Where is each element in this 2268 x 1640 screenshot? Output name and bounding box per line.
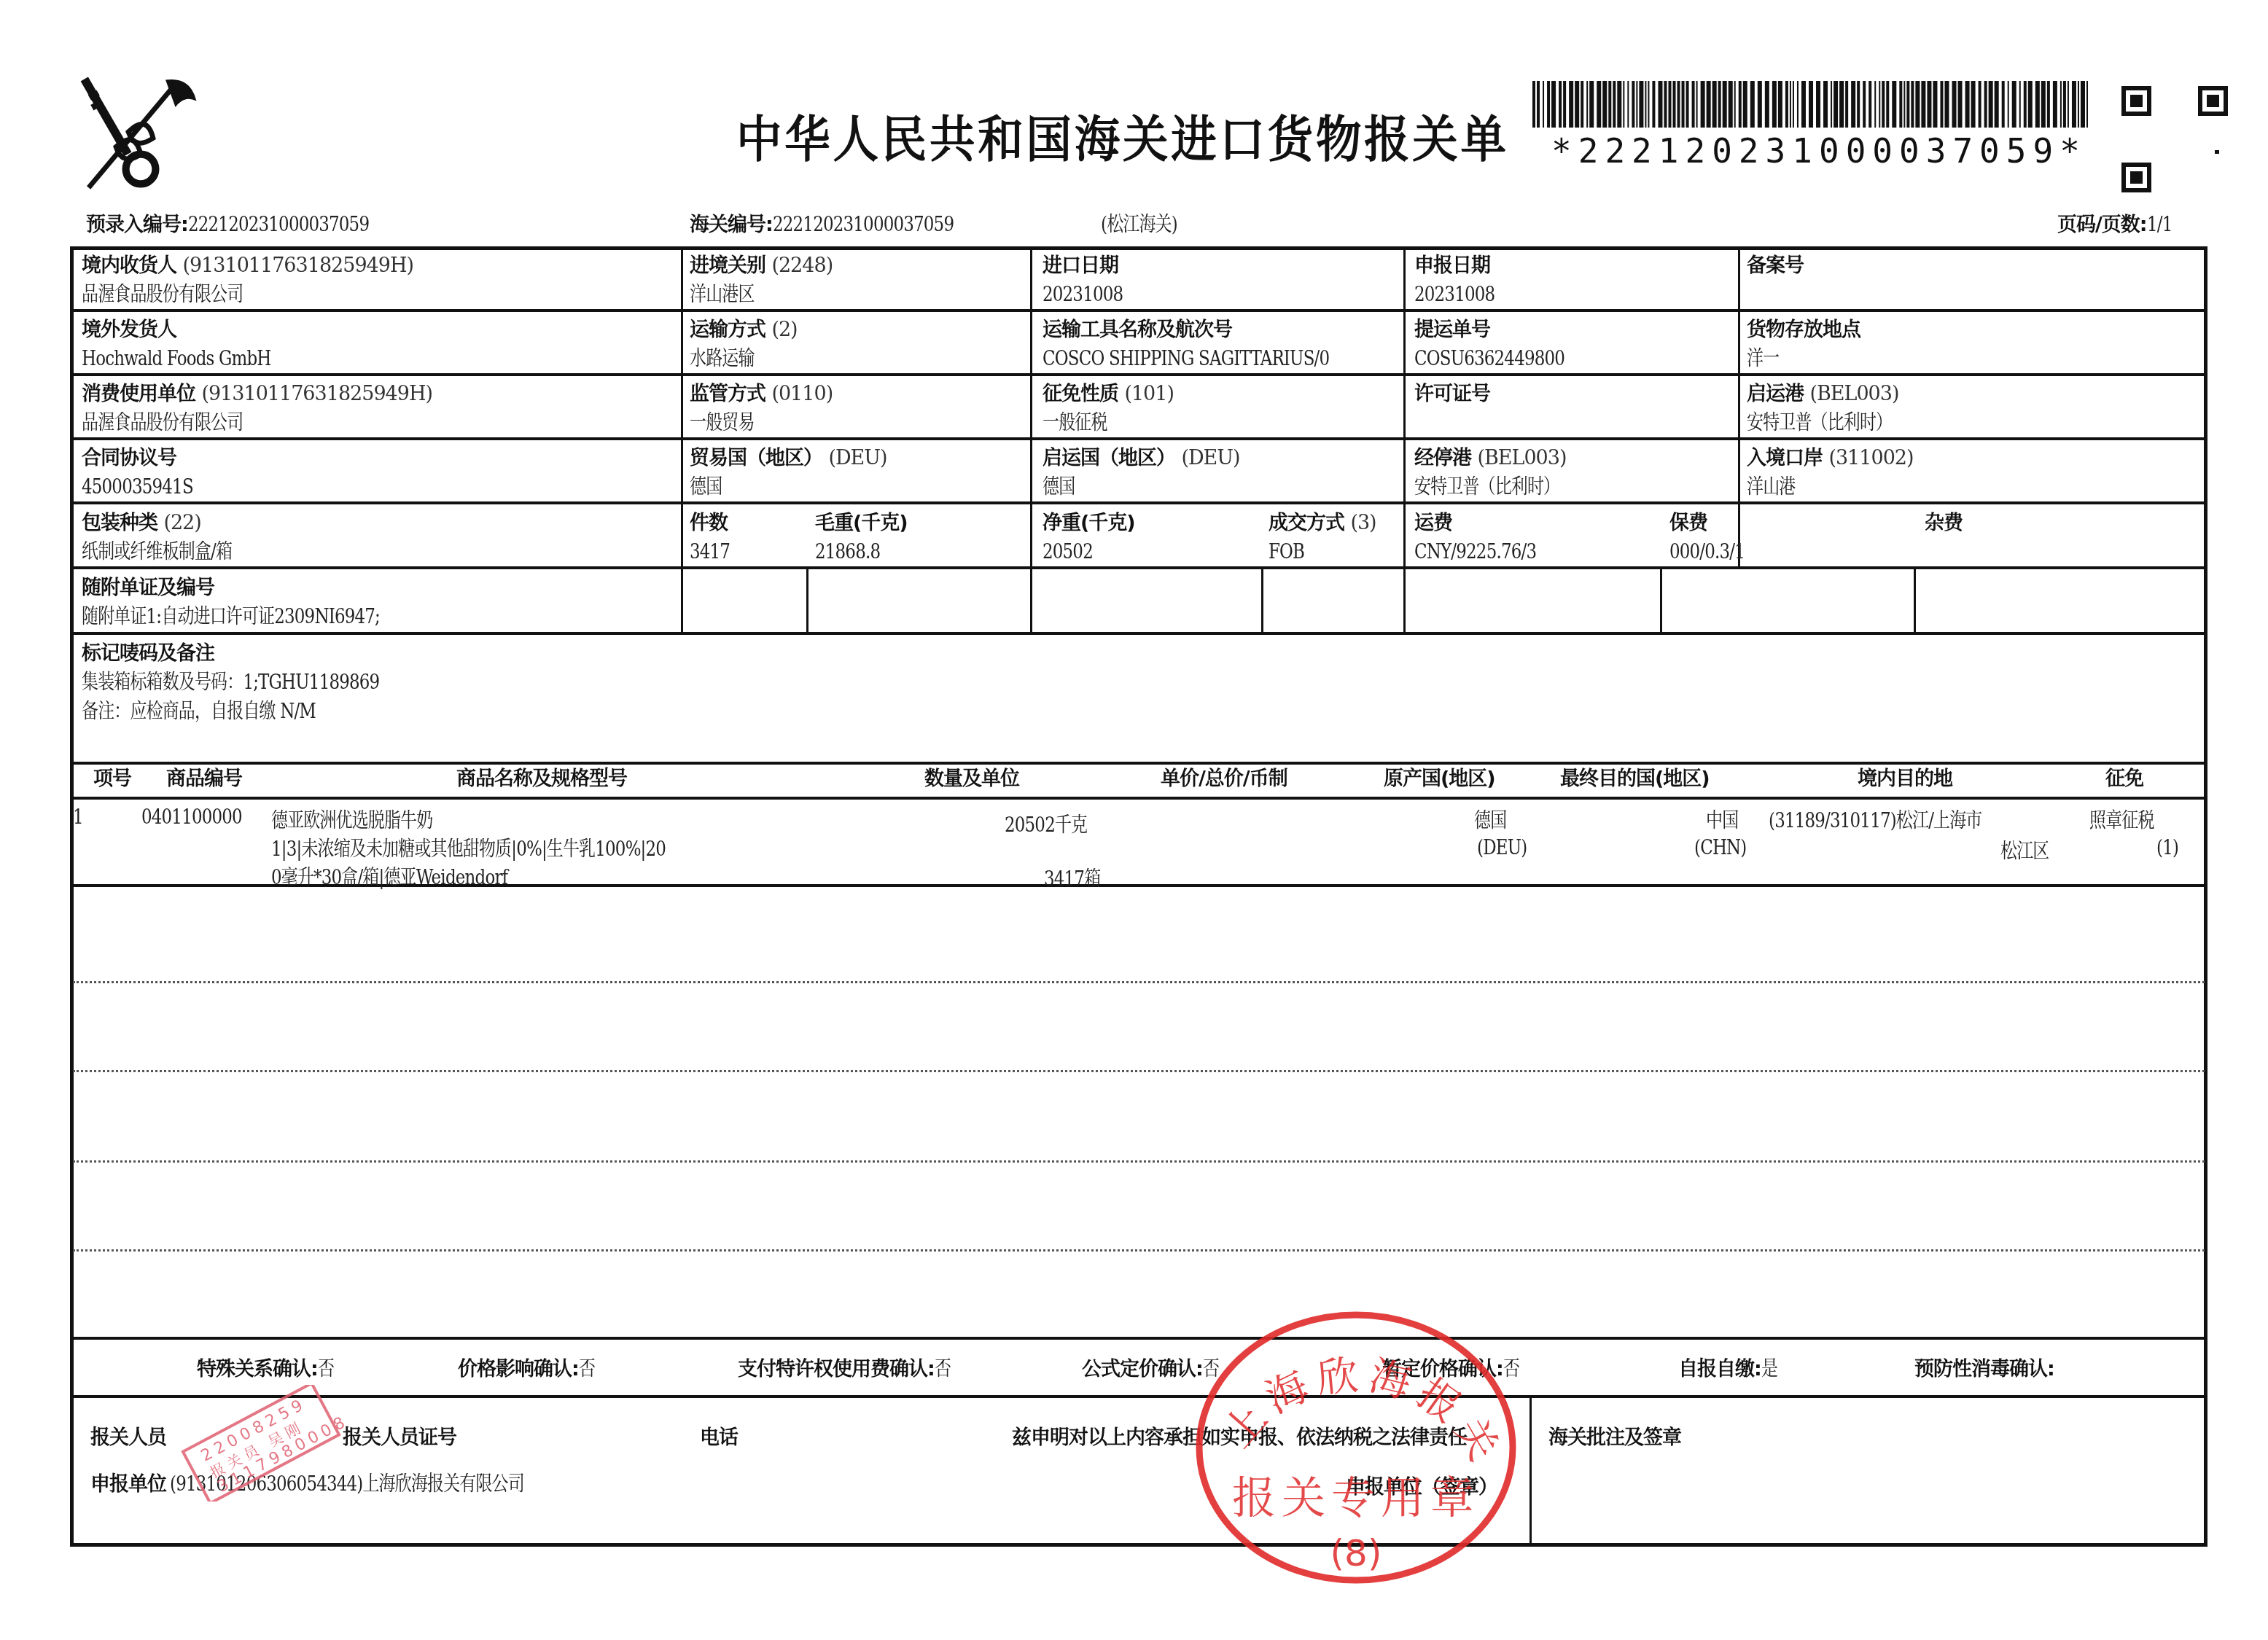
field-consumer: 消费使用单位 (91310117631825949H) 品渥食品股份有限公司 xyxy=(82,380,432,437)
row-divider xyxy=(70,437,2207,440)
goods-header-domestic-dest: 境内目的地 xyxy=(1858,762,1952,791)
field-bill-no: 提运单号 COSU6362449800 xyxy=(1414,316,1597,373)
customs-emblem-icon xyxy=(79,70,203,194)
confirm-royalty: 支付特许权使用费确认:否 xyxy=(738,1353,954,1382)
pre-entry-number: 预录入编号:222120231000037059 xyxy=(86,208,408,237)
field-departure-port: 启运港 (BEL003) 安特卫普（比利时） xyxy=(1747,380,1924,437)
field-trade-country: 贸易国（地区） (DEU) 德国 xyxy=(690,445,887,501)
field-pieces: 件数 3417 xyxy=(690,509,739,566)
document-title: 中华人民共和国海关进口货物报关单 xyxy=(736,101,1509,171)
row-divider xyxy=(70,1337,2207,1340)
confirm-self-declare: 自报自缴:是 xyxy=(1678,1353,1781,1382)
goods-domestic-dest: (31189/310117)松江/上海市 xyxy=(1769,805,1981,834)
field-freight: 运费 CNY/9225.76/3 xyxy=(1414,509,1563,566)
field-entry-customs: 进境关别 (2248) 洋山港区 xyxy=(690,252,833,309)
goods-origin-code: (DEU) xyxy=(1477,835,1527,859)
col-divider xyxy=(1660,566,1662,633)
barcode-icon xyxy=(1532,81,2088,128)
goods-hs-code: 0401100000 xyxy=(141,805,242,829)
goods-name-line2: 1|3|未浓缩及未加糖或其他甜物质|0%|生牛乳100%|20 xyxy=(271,833,666,862)
confirm-price-impact: 价格影响确认:否 xyxy=(458,1353,599,1382)
field-departure-country: 启运国（地区） (DEU) 德国 xyxy=(1043,445,1240,501)
customs-note-label: 海关批注及签章 xyxy=(1548,1421,1681,1450)
col-divider xyxy=(806,566,808,633)
goods-name-line1: 德亚欧洲优选脱脂牛奶 xyxy=(271,805,432,834)
goods-header-hs-code: 商品编号 xyxy=(166,762,242,791)
field-package-type: 包装种类 (22) 纸制或纤维板制盒/箱 xyxy=(82,509,265,566)
field-shipper: 境外发货人 Hochwald Foods GmbH xyxy=(82,316,313,373)
col-divider xyxy=(681,566,683,633)
field-contract: 合同协议号 4500035941S xyxy=(82,445,217,501)
field-insurance: 保费 000/0.3/1 xyxy=(1669,509,1761,566)
field-misc-fee: 杂费 xyxy=(1925,509,1963,537)
page-indicator: 页码/页数:1/1 xyxy=(2057,208,2178,237)
field-gross-weight: 毛重(千克) 21868.8 xyxy=(815,509,908,566)
goods-qty-weight: 20502千克 xyxy=(1005,809,1087,838)
col-divider xyxy=(1030,248,1032,569)
field-vessel: 运输工具名称及航次号 COSCO SHIPPING SAGITTARIUS/0 xyxy=(1043,316,1392,373)
goods-domestic-dest-district: 松江区 xyxy=(2000,835,2049,864)
customs-number: 海关编号:222120231000037059 xyxy=(690,208,993,237)
row-divider xyxy=(70,1395,2207,1398)
goods-header-price: 单价/总价/币制 xyxy=(1161,762,1287,791)
svg-text:上海欣海报关有限公司: 上海欣海报关有限公司 xyxy=(1174,1295,1511,1475)
declaration-frame xyxy=(70,246,2207,1547)
row-divider xyxy=(70,373,2207,376)
col-divider xyxy=(1261,566,1263,633)
row-divider xyxy=(70,632,2207,635)
confirm-special-relation: 特殊关系确认:否 xyxy=(197,1353,338,1382)
phone-label: 电话 xyxy=(700,1421,738,1450)
goods-header-dest-country: 最终目的国(地区) xyxy=(1560,762,1710,791)
goods-dest-country-code: (CHN) xyxy=(1694,835,1747,859)
goods-item-no: 1 xyxy=(73,805,83,829)
goods-qty-boxes: 3417箱 xyxy=(1044,863,1100,892)
field-entry-port: 入境口岸 (311002) 洋山港 xyxy=(1747,445,1914,501)
confirm-disinfection: 预防性消毒确认: xyxy=(1914,1353,2054,1381)
field-net-weight: 净重(千克) 20502 xyxy=(1043,509,1135,566)
field-transport-mode: 运输方式 (2) 水路运输 xyxy=(690,316,798,373)
row-divider xyxy=(70,501,2207,504)
goods-header-name: 商品名称及规格型号 xyxy=(456,762,627,791)
broker-stamp: 22008259 报关员 吴刚 3117980008 xyxy=(174,1385,348,1502)
goods-header-quantity: 数量及单位 xyxy=(924,762,1019,791)
field-stop-port: 经停港 (BEL003) 安特卫普（比利时） xyxy=(1414,445,1591,501)
broker-cert-label: 报关人员证号 xyxy=(343,1421,456,1450)
field-license: 许可证号 xyxy=(1414,380,1490,408)
goods-header-origin: 原产国(地区) xyxy=(1384,762,1495,791)
col-divider xyxy=(1914,566,1916,633)
broker-person-label: 报关人员 xyxy=(90,1421,166,1450)
field-declare-date: 申报日期 20231008 xyxy=(1414,252,1513,309)
dotted-divider xyxy=(73,1249,2205,1252)
col-divider xyxy=(681,248,683,569)
goods-header-levy: 征免 xyxy=(2105,762,2143,791)
field-import-date: 进口日期 20231008 xyxy=(1043,252,1141,309)
dotted-divider xyxy=(73,1070,2205,1072)
field-consignee: 境内收货人 (91310117631825949H) 品渥食品股份有限公司 xyxy=(82,252,413,309)
col-divider xyxy=(1030,566,1032,633)
goods-levy-code: (1) xyxy=(2156,835,2178,859)
goods-levy: 照章征税 xyxy=(2089,805,2154,834)
goods-origin: 德国 xyxy=(1474,805,1506,834)
qr-code-icon xyxy=(2121,86,2228,192)
field-supervision: 监管方式 (0110) 一般贸易 xyxy=(690,380,833,437)
dotted-divider xyxy=(73,981,2205,983)
company-seal: 上海欣海报关有限公司 报关专用章 (8) xyxy=(1174,1295,1538,1586)
svg-text:(8): (8) xyxy=(1330,1532,1382,1574)
field-attached-docs: 随附单证及编号 随附单证1:自动进口许可证2309NI6947; xyxy=(82,574,445,631)
row-divider xyxy=(70,566,2207,569)
dotted-divider xyxy=(73,1160,2205,1163)
field-storage: 货物存放地点 洋一 xyxy=(1747,316,1860,373)
field-levy-nature: 征免性质 (101) 一般征税 xyxy=(1043,380,1174,437)
goods-dest-country: 中国 xyxy=(1706,805,1738,834)
row-divider xyxy=(70,309,2207,312)
row-divider xyxy=(70,797,2207,800)
col-divider xyxy=(1403,248,1406,569)
field-marks: 标记唛码及备注 集装箱标箱数及号码：1;TGHU1189869 备注：应检商品，… xyxy=(82,640,445,726)
customs-office: (松江海关) xyxy=(1101,208,1177,238)
col-divider xyxy=(1403,566,1406,633)
field-record-no: 备案号 xyxy=(1747,252,1804,280)
goods-name-line3: 0毫升*30盒/箱|德亚Weidendorf xyxy=(271,862,507,891)
goods-header-item-no: 项号 xyxy=(93,762,131,791)
barcode-text: *222120231000037059* xyxy=(1551,131,2086,171)
field-deal-mode: 成交方式 (3) FOB xyxy=(1269,509,1376,566)
svg-text:报关专用章: 报关专用章 xyxy=(1232,1473,1480,1524)
